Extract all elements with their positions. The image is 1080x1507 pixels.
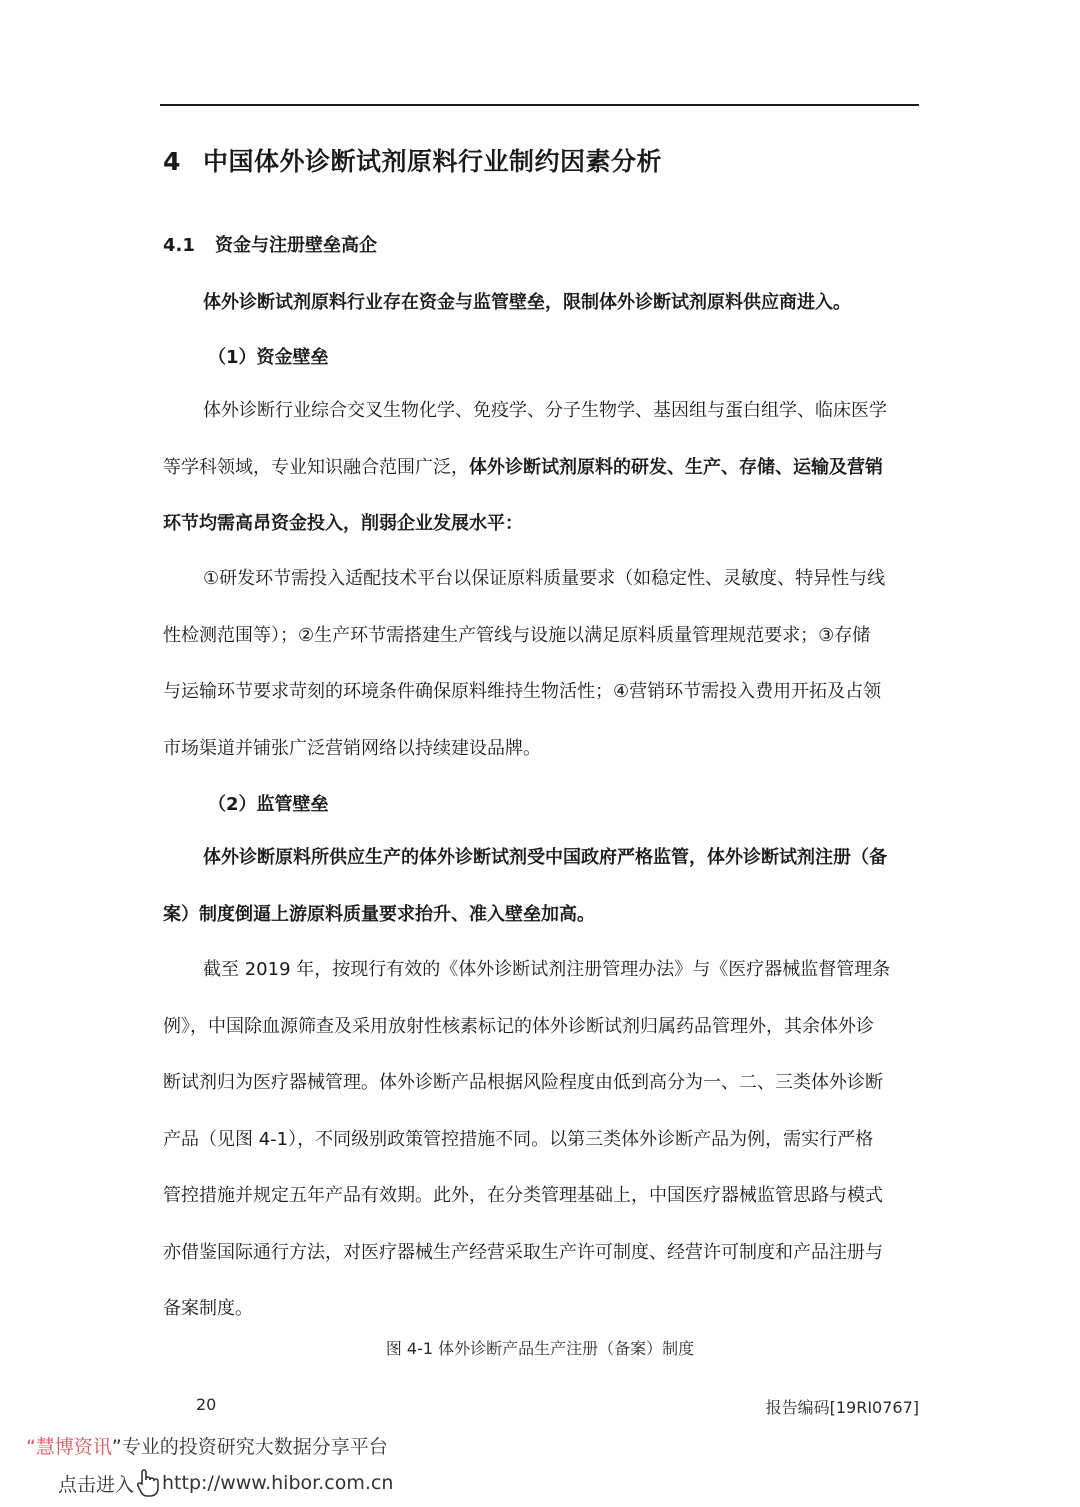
text-line: 案）制度倒逼上游原料质量要求抬升、准入壁垒加高。 [163, 887, 919, 944]
text-line: 性检测范围等）；②生产环节需搭建生产管线与设施以满足原料质量管理规范要求；③存储 [163, 608, 919, 665]
chapter-number: 4 [163, 147, 203, 176]
figure-caption: 图 4-1 体外诊断产品生产注册（备案）制度 [0, 1336, 1080, 1359]
watermark-link-row[interactable]: 点击进入 http://www.hibor.com.cn [58, 1468, 393, 1498]
text-line: 体外诊断原料所供应生产的体外诊断试剂受中国政府严格监管，体外诊断试剂注册（备 [163, 830, 919, 887]
text-line: 产品（见图 4-1），不同级别政策管控措施不同。以第三类体外诊断产品为例，需实行… [163, 1112, 919, 1169]
text-line: 管控措施并规定五年产品有效期。此外，在分类管理基础上，中国医疗器械监管思路与模式 [163, 1168, 919, 1225]
watermark-tagline: “慧博资讯”专业的投资研究大数据分享平台 [26, 1432, 388, 1459]
watermark-brand: 慧博资讯 [36, 1436, 112, 1458]
pointing-hand-icon [137, 1468, 159, 1498]
report-code: 报告编码[19RI0767] [766, 1395, 919, 1418]
text-line: 备案制度。 [163, 1281, 919, 1338]
text-line: 与运输环节要求苛刻的环境条件确保原料维持生物活性；④营销环节需投入费用开拓及占领 [163, 664, 919, 721]
text-line: 亦借鉴国际通行方法，对医疗器械生产经营采取生产许可制度、经营许可制度和产品注册与 [163, 1225, 919, 1282]
capital-barrier-paragraph-2: ①研发环节需投入适配技术平台以保证原料质量要求（如稳定性、灵敏度、特异性与线 性… [163, 551, 919, 777]
section-number: 4.1 [163, 235, 215, 256]
regulatory-barrier-paragraph: 截至 2019 年，按现行有效的《体外诊断试剂注册管理办法》与《医疗器械监督管理… [163, 942, 919, 1338]
page-number: 20 [196, 1395, 216, 1414]
subsection-2-title: （2）监管壁垒 [208, 790, 329, 816]
text-line: 环节均需高昂资金投入，削弱企业发展水平： [163, 496, 919, 553]
text-line: 等学科领域，专业知识融合范围广泛，体外诊断试剂原料的研发、生产、存储、运输及营销 [163, 440, 919, 497]
section-heading: 4.1资金与注册壁垒高企 [163, 231, 377, 257]
subsection-1-title: （1）资金壁垒 [208, 343, 329, 369]
lead-statement: 体外诊断试剂原料行业存在资金与监管壁垒，限制体外诊断试剂原料供应商进入。 [203, 288, 851, 314]
text-line: 断试剂归为医疗器械管理。体外诊断产品根据风险程度由低到高分为一、二、三类体外诊断 [163, 1055, 919, 1112]
chapter-heading: 4中国体外诊断试剂原料行业制约因素分析 [163, 142, 662, 178]
quote-close: ” [112, 1436, 122, 1458]
text-line: 市场渠道并铺张广泛营销网络以持续建设品牌。 [163, 721, 919, 778]
header-rule [160, 104, 919, 106]
click-label: 点击进入 [58, 1470, 134, 1497]
chapter-title: 中国体外诊断试剂原料行业制约因素分析 [203, 147, 662, 176]
text-line: 例》，中国除血源筛查及采用放射性核素标记的体外诊断试剂归属药品管理外，其余体外诊 [163, 999, 919, 1056]
text-line: ①研发环节需投入适配技术平台以保证原料质量要求（如稳定性、灵敏度、特异性与线 [163, 551, 919, 608]
watermark-text: 专业的投资研究大数据分享平台 [122, 1436, 388, 1458]
section-title: 资金与注册壁垒高企 [215, 235, 377, 256]
regulatory-barrier-lead: 体外诊断原料所供应生产的体外诊断试剂受中国政府严格监管，体外诊断试剂注册（备 案… [163, 830, 919, 943]
capital-barrier-paragraph-1: 体外诊断行业综合交叉生物化学、免疫学、分子生物学、基因组与蛋白组学、临床医学 等… [163, 383, 919, 553]
text-line: 体外诊断行业综合交叉生物化学、免疫学、分子生物学、基因组与蛋白组学、临床医学 [163, 383, 919, 440]
text-normal: 等学科领域，专业知识融合范围广泛， [163, 457, 469, 478]
text-bold: 体外诊断试剂原料的研发、生产、存储、运输及营销 [469, 457, 883, 478]
text-line: 截至 2019 年，按现行有效的《体外诊断试剂注册管理办法》与《医疗器械监督管理… [163, 942, 919, 999]
website-link[interactable]: http://www.hibor.com.cn [162, 1472, 393, 1494]
quote-open: “ [26, 1436, 36, 1458]
